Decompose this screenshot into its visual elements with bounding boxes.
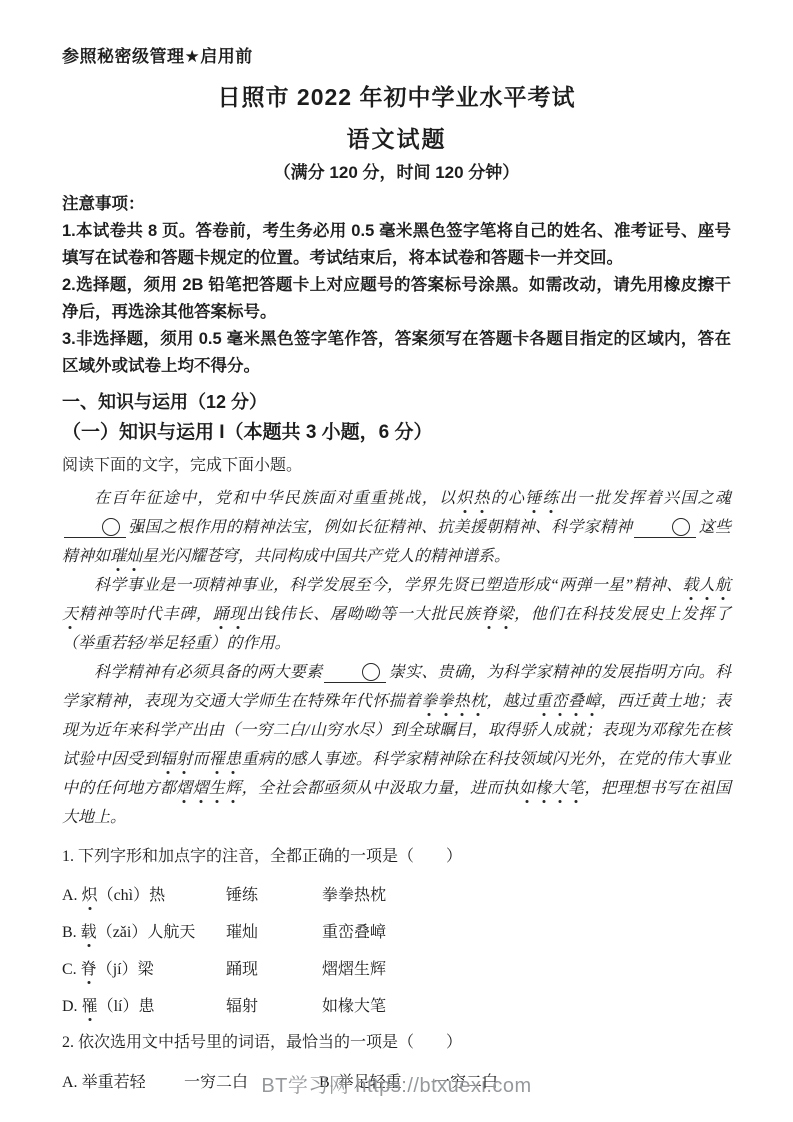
emphasized-word: 辐射 — [160, 751, 193, 768]
option-label: A. — [62, 887, 82, 904]
notice-section: 注意事项： 1.本试卷共 8 页。答卷前，考生务必用 0.5 毫米黑色签字笔将自… — [62, 191, 731, 380]
section-heading: 一、知识与运用（12 分） — [62, 388, 731, 416]
fill-in-blank: 2 — [634, 518, 696, 538]
option-cell: 重峦叠嶂 — [322, 922, 731, 944]
emphasized-word: 如椽大笔 — [519, 780, 584, 797]
option-cell: 拳拳热枕 — [322, 885, 731, 907]
option-row: A. 炽（chì）热锤练拳拳热枕 — [62, 885, 731, 907]
notice-item: 3.非选择题，须用 0.5 毫米黑色签字笔作答，答案须写在答题卡各题目指定的区域… — [62, 326, 731, 380]
option-cell: B. 载（zǎi）人航天 — [62, 922, 226, 944]
option-cell: 如椽大笔 — [322, 996, 731, 1018]
option-cell: D. 罹（lí）患 — [62, 996, 226, 1018]
option-cell: 辐射 — [226, 996, 322, 1018]
exam-info: （满分 120 分，时间 120 分钟） — [62, 161, 731, 185]
option-cell: 璀灿 — [226, 922, 322, 944]
emphasized-word: 罹患 — [209, 751, 242, 768]
option-cell: C. 脊（jí）梁 — [62, 959, 226, 981]
emphasized-word: 炽 — [82, 887, 98, 904]
emphasized-word: 脊 — [81, 961, 97, 978]
passage-paragraph: 在百年征途中，党和中华民族面对重重挑战，以炽热的心锤练出一批发挥着兴国之魂1强国… — [62, 484, 731, 571]
question-stem: 2. 依次选用文中括号里的词语，最恰当的一项是（ ） — [62, 1030, 731, 1056]
exam-subject: 语文试题 — [62, 124, 731, 154]
emphasized-word: 重峦叠嶂 — [535, 693, 600, 710]
circled-number: 2 — [672, 518, 690, 536]
question-block: 1. 下列字形和加点字的注音，全都正确的一项是（ ）A. 炽（chì）热锤练拳拳… — [62, 844, 731, 1018]
exam-title: 日照市 2022 年初中学业水平考试 — [62, 82, 731, 112]
page-footer: BT学习网 https://btxuexi.com — [0, 1069, 793, 1098]
option-label: B. — [62, 924, 81, 941]
section-subheading: （一）知识与运用 I（本题共 3 小题，6 分） — [62, 418, 731, 448]
notice-items: 1.本试卷共 8 页。答卷前，考生务必用 0.5 毫米黑色签字笔将自己的姓名、准… — [62, 218, 731, 380]
option-label: C. — [62, 961, 81, 978]
option-cell: 熠熠生辉 — [322, 959, 731, 981]
question-stem: 1. 下列字形和加点字的注音，全都正确的一项是（ ） — [62, 844, 731, 870]
option-cell: 锤练 — [226, 885, 322, 907]
notice-item: 1.本试卷共 8 页。答卷前，考生务必用 0.5 毫米黑色签字笔将自己的姓名、准… — [62, 218, 731, 272]
fill-in-blank: 3 — [324, 663, 386, 683]
passage-intro: 阅读下面的文字，完成下面小题。 — [62, 452, 731, 479]
emphasized-word: 锤练 — [525, 490, 560, 507]
emphasized-word: 踊现 — [213, 606, 247, 623]
emphasized-word: 载人航天 — [62, 577, 731, 623]
emphasized-word: 熠熠生辉 — [176, 780, 241, 797]
option-label: D. — [62, 998, 82, 1015]
option-row: B. 载（zǎi）人航天璀灿重峦叠嶂 — [62, 922, 731, 944]
passage: 在百年征途中，党和中华民族面对重重挑战，以炽热的心锤练出一批发挥着兴国之魂1强国… — [62, 484, 731, 832]
circled-number: 3 — [362, 663, 380, 681]
circled-number: 1 — [102, 518, 120, 536]
fill-in-blank: 1 — [64, 518, 126, 538]
emphasized-word: 炽热 — [456, 490, 491, 507]
option-cell: A. 炽（chì）热 — [62, 885, 226, 907]
option-row: D. 罹（lí）患辐射如椽大笔 — [62, 996, 731, 1018]
option-cell: 踊现 — [226, 959, 322, 981]
emphasized-word: 璀灿 — [110, 548, 142, 565]
emphasized-word: 脊梁 — [481, 606, 515, 623]
emphasized-word: 载 — [81, 924, 97, 941]
questions: 1. 下列字形和加点字的注音，全都正确的一项是（ ）A. 炽（chì）热锤练拳拳… — [62, 844, 731, 1094]
emphasized-word: 罹 — [82, 998, 98, 1015]
notice-item: 2.选择题，须用 2B 铅笔把答题卡上对应题号的答案标号涂黑。如需改动，请先用橡… — [62, 272, 731, 326]
security-notice: 参照秘密级管理★启用前 — [62, 46, 731, 68]
passage-paragraph: 科学事业是一项精神事业，科学发展至今，学界先贤已塑造形成“两弹一星”精神、载人航… — [62, 571, 731, 658]
emphasized-word: 拳拳热枕 — [421, 693, 486, 710]
exam-page: 参照秘密级管理★启用前 日照市 2022 年初中学业水平考试 语文试题 （满分 … — [0, 0, 793, 1122]
watermark-link[interactable]: BT学习网 https://btxuexi.com — [261, 1075, 531, 1097]
notice-heading: 注意事项： — [62, 191, 731, 218]
option-row: C. 脊（jí）梁踊现熠熠生辉 — [62, 959, 731, 981]
passage-paragraph: 科学精神有必须具备的两大要素3崇实、贵确，为科学家精神的发展指明方向。科学家精神… — [62, 658, 731, 832]
